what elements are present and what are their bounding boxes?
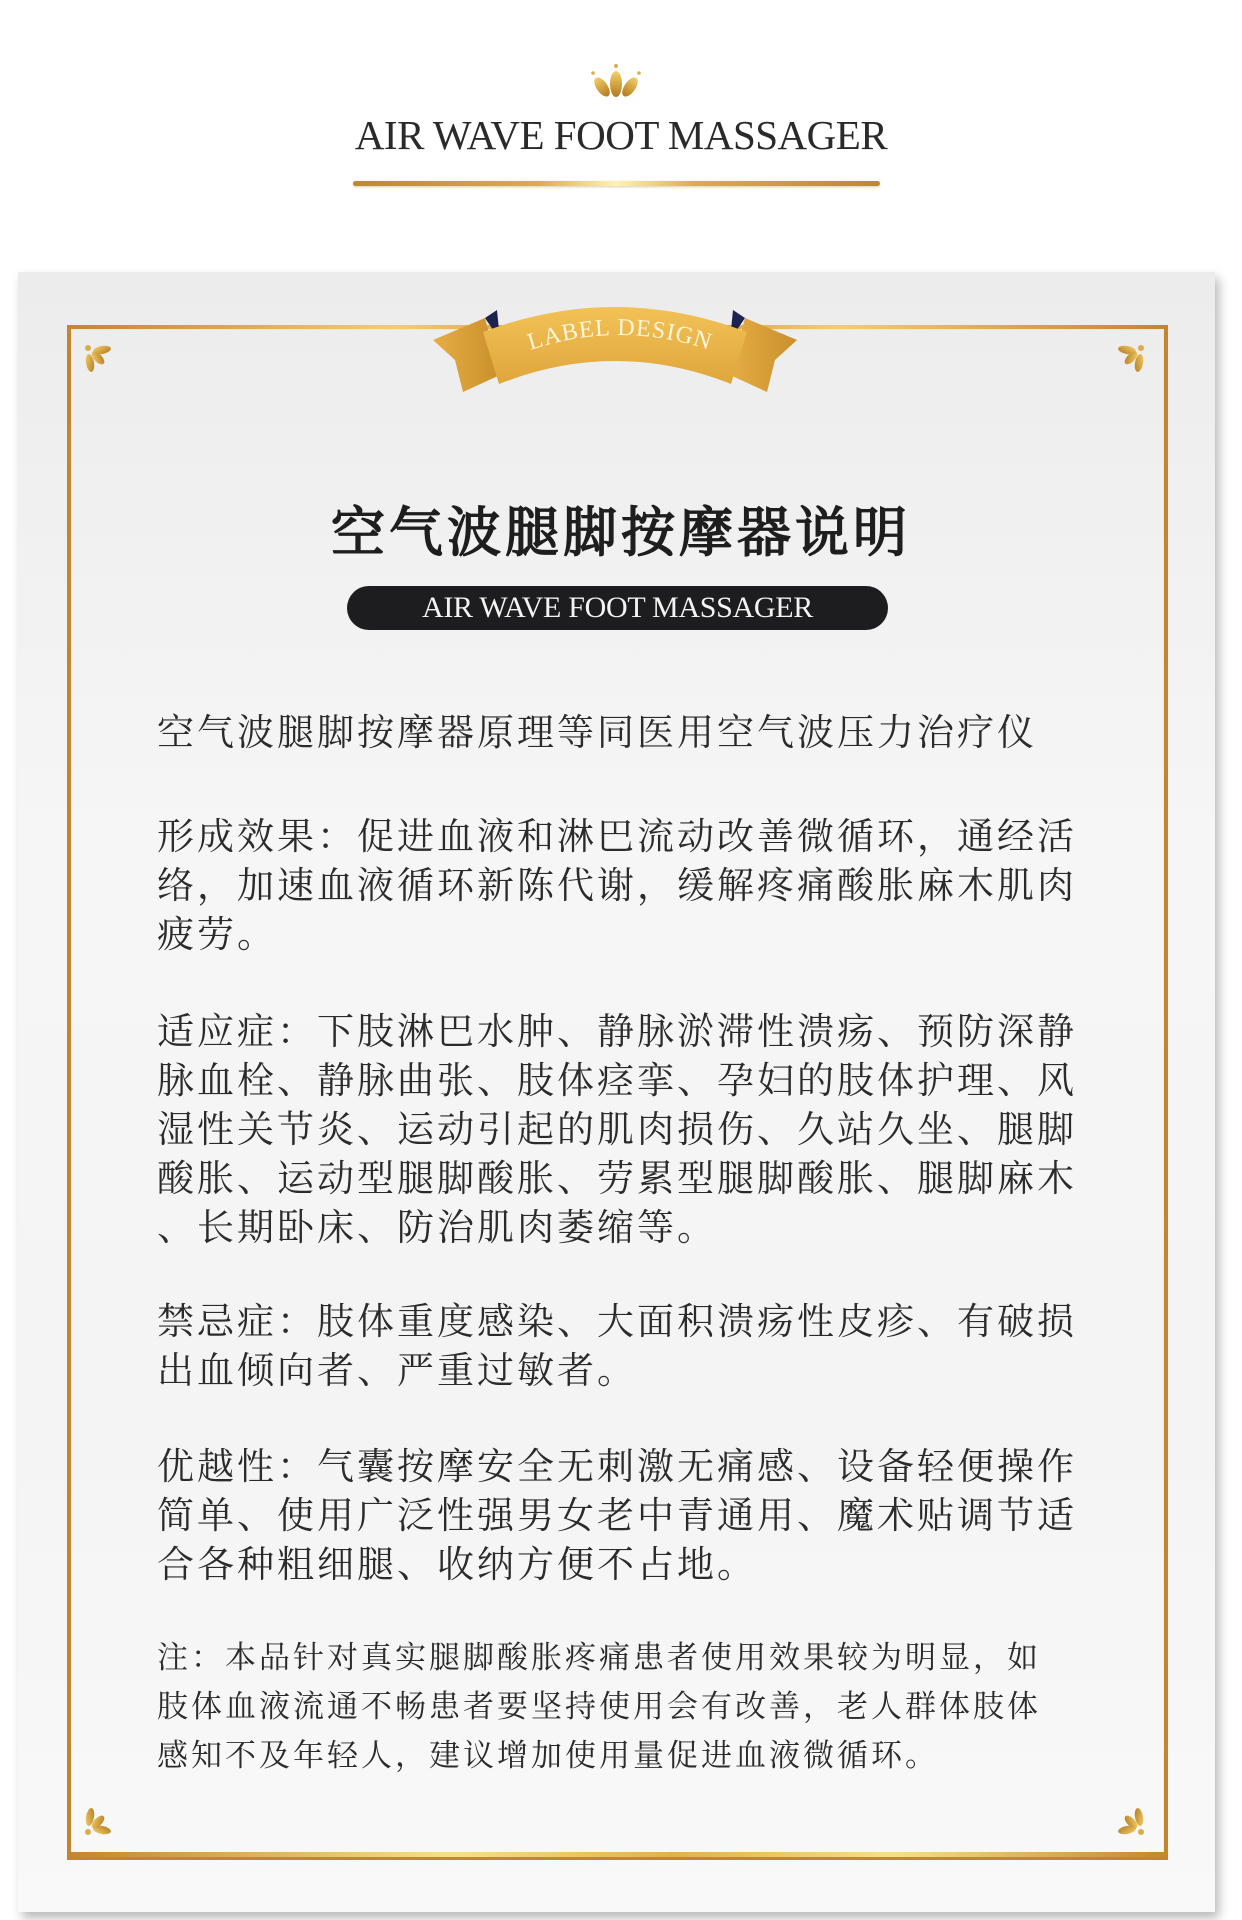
corner-ornament-icon (1115, 342, 1147, 374)
crown-icon (585, 62, 647, 100)
document-title: 空气波腿脚按摩器说明 (0, 500, 1242, 566)
paragraph-note: 注：本品针对真实腿脚酸胀疼痛患者使用效果较为明显，如 肢体血液流通不畅患者要坚持… (157, 1634, 1097, 1781)
text-line: 络，加速血液循环新陈代谢，缓解疼痛酸胀麻木肌肉 (157, 861, 1097, 910)
label-design-ribbon: LABEL DESIGN (405, 300, 825, 400)
text-line: 湿性关节炎、运动引起的肌肉损伤、久站久坐、腿脚 (157, 1105, 1097, 1154)
corner-ornament-icon (82, 1806, 114, 1838)
text-line: 禁忌症：肢体重度感染、大面积溃疡性皮疹、有破损 (157, 1297, 1097, 1346)
corner-ornament-icon (82, 342, 114, 374)
text-line: 优越性：气囊按摩安全无刺激无痛感、设备轻便操作 (157, 1442, 1097, 1491)
text-line: 肢体血液流通不畅患者要坚持使用会有改善，老人群体肢体 (157, 1683, 1097, 1732)
text-line: 出血倾向者、严重过敏者。 (157, 1346, 1097, 1395)
text-line: 注：本品针对真实腿脚酸胀疼痛患者使用效果较为明显，如 (157, 1634, 1097, 1683)
text-line: 、长期卧床、防治肌肉萎缩等。 (157, 1203, 1097, 1252)
text-line: 合各种粗细腿、收纳方便不占地。 (157, 1540, 1097, 1589)
header-divider (353, 181, 880, 186)
text-line: 形成效果：促进血液和淋巴流动改善微循环，通经活 (157, 812, 1097, 861)
subtitle-pill: AIR WAVE FOOT MASSAGER (347, 586, 888, 630)
paragraph-principle: 空气波腿脚按摩器原理等同医用空气波压力治疗仪 (157, 708, 1097, 757)
paragraph-contraindications: 禁忌症：肢体重度感染、大面积溃疡性皮疹、有破损 出血倾向者、严重过敏者。 (157, 1297, 1097, 1395)
frame-bottom-edge (67, 1852, 1168, 1857)
text-line: 疲劳。 (157, 910, 1097, 959)
text-line: 适应症：下肢淋巴水肿、静脉淤滞性溃疡、预防深静 (157, 1007, 1097, 1056)
paragraph-effects: 形成效果：促进血液和淋巴流动改善微循环，通经活 络，加速血液循环新陈代谢，缓解疼… (157, 812, 1097, 959)
header-title: AIR WAVE FOOT MASSAGER (0, 110, 1242, 160)
text-line: 脉血栓、静脉曲张、肢体痉挛、孕妇的肢体护理、风 (157, 1056, 1097, 1105)
text-line: 简单、使用广泛性强男女老中青通用、魔术贴调节适 (157, 1491, 1097, 1540)
subtitle-text: AIR WAVE FOOT MASSAGER (422, 591, 813, 625)
corner-ornament-icon (1115, 1806, 1147, 1838)
text-line: 感知不及年轻人，建议增加使用量促进血液微循环。 (157, 1732, 1097, 1781)
paragraph-indications: 适应症：下肢淋巴水肿、静脉淤滞性溃疡、预防深静 脉血栓、静脉曲张、肢体痉挛、孕妇… (157, 1007, 1097, 1252)
text-line: 空气波腿脚按摩器原理等同医用空气波压力治疗仪 (157, 708, 1097, 757)
text-line: 酸胀、运动型腿脚酸胀、劳累型腿脚酸胀、腿脚麻木 (157, 1154, 1097, 1203)
paragraph-advantages: 优越性：气囊按摩安全无刺激无痛感、设备轻便操作 简单、使用广泛性强男女老中青通用… (157, 1442, 1097, 1589)
